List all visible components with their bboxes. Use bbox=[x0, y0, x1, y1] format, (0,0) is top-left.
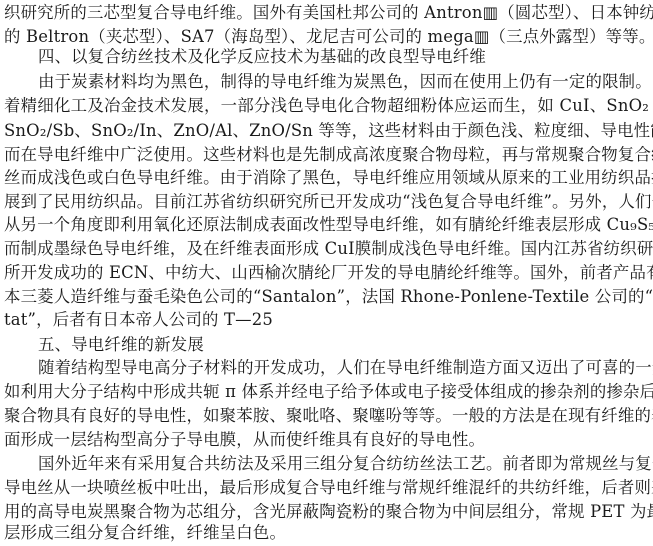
section-heading-4: 四、以复合纺丝技术及化学反应技术为基础的改良型导电纤维 bbox=[38, 45, 649, 69]
document-page: 织研究所的三芯型复合导电纤维。国外有美国杜邦公司的 Antron▥（圆芯型）、日… bbox=[0, 0, 653, 546]
text-line-5: 着精细化工及冶金技术发展，一部分浅色导电化合物超细粉体应运而生，如 CuI、Sn… bbox=[4, 94, 649, 118]
text-line-8: 丝而成浅色或白色导电纤维。由于消除了黑色，导电纤维应用领域从原来的工业用纺织品扩 bbox=[4, 166, 649, 190]
text-line-1: 织研究所的三芯型复合导电纤维。国外有美国杜邦公司的 Antron▥（圆芯型）、日… bbox=[4, 1, 649, 25]
section-heading-5: 五、导电纤维的新发展 bbox=[38, 333, 649, 357]
text-line-12: 所开发成功的 ECN、中纺大、山西榆次腈纶厂开发的导电腈纶纤维等。国外，前者产品… bbox=[4, 261, 649, 285]
text-line-17: 如利用大分子结构中形成共轭 π 体系并经电子给予体或电子接受体组成的掺杂剂的掺杂… bbox=[4, 380, 649, 404]
text-line-18: 聚合物具有良好的导电性，如聚苯胺、聚吡咯、聚噻吩等等。一般的方法是在现有纤维的表 bbox=[4, 404, 649, 428]
text-line-20: 国外近年来有采用复合共纺法及采用三组分复合纺纺丝法工艺。前者即为常规丝与复合 bbox=[38, 452, 649, 476]
text-line-11: 而制成墨绿色导电纤维，及在纤维表面形成 CuI膜制成浅色导电纤维。国内江苏省纺织… bbox=[4, 237, 649, 261]
text-line-7: 而在导电纤维中广泛使用。这些材料也是先制成高浓度聚合物母粒，再与常规聚合物复合纺 bbox=[4, 143, 649, 167]
text-line-23: 层形成三组分复合纤维，纤维呈白色。 bbox=[4, 521, 649, 545]
text-line-19: 面形成一层结构型高分子导电膜，从而使纤维具有良好的导电性。 bbox=[4, 428, 649, 452]
text-line-9: 展到了民用纺织品。目前江苏省纺织研究所已开发成功“浅色复合导电纤维”。另外，人们… bbox=[4, 190, 649, 214]
text-line-21: 导电丝从一块喷丝板中吐出，最后形成复合导电纤维与常规纤维混纤的共纺纤维，后者则采 bbox=[4, 476, 649, 500]
text-line-6: SnO₂/Sb、SnO₂/In、ZnO/Al、ZnO/Sn 等等，这些材料由于颜… bbox=[4, 119, 649, 143]
text-line-16: 随着结构型导电高分子材料的开发成功，人们在导电纤维制造方面又迈出了可喜的一步。 bbox=[38, 356, 649, 380]
text-line-10: 从另一个角度即利用氧化还原法制成表面改性型导电纤维，如有腈纶纤维表层形成 Cu₉… bbox=[4, 213, 649, 237]
text-line-13: 本三菱人造纤维与蚕毛染色公司的“Santalon”，法国 Rhone-Ponle… bbox=[4, 285, 649, 309]
text-line-14: tat”，后者有日本帝人公司的 T—25 bbox=[4, 308, 649, 332]
text-line-4: 由于炭素材料均为黑色，制得的导电纤维为炭黑色，因而在使用上仍有一定的限制。随 bbox=[38, 70, 649, 94]
